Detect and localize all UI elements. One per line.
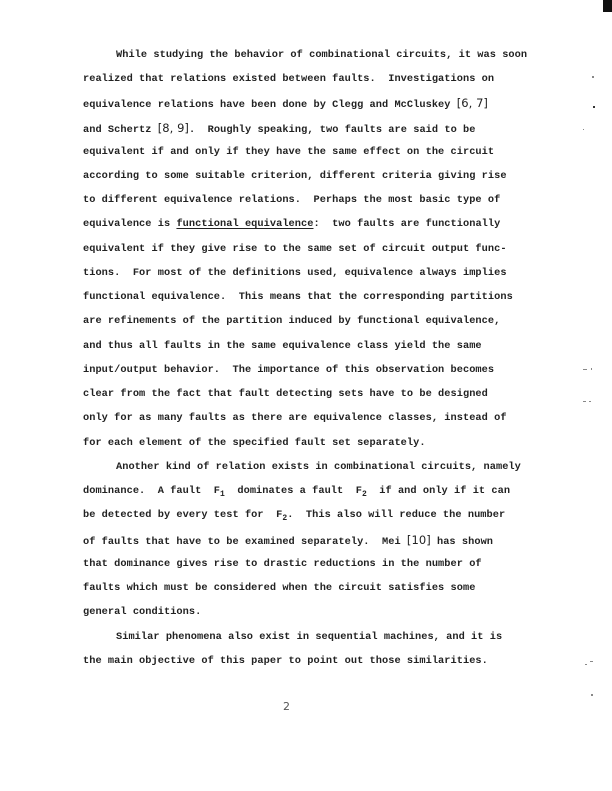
text-line: dominance. A fault F1 dominates a fault …	[83, 485, 510, 498]
scan-speck	[583, 369, 587, 370]
text-line: according to some suitable criterion, di…	[83, 170, 507, 182]
scan-speck	[590, 661, 593, 662]
text-line: and Schertz [8, 9]. Roughly speaking, tw…	[83, 122, 476, 136]
text-line: equivalence is functional equivalence: t…	[83, 218, 500, 230]
citation: [6, 7]	[457, 96, 488, 110]
page-number: 2	[283, 700, 290, 713]
text-line: be detected by every test for F2. This a…	[83, 509, 505, 522]
subscript: 2	[282, 514, 287, 523]
text-line: the main objective of this paper to poin…	[83, 655, 488, 667]
text-line: to different equivalence relations. Perh…	[83, 194, 500, 206]
scan-speck	[591, 694, 593, 696]
scan-speck	[592, 76, 594, 78]
text-line: equivalence relations have been done by …	[83, 97, 488, 111]
text-line: While studying the behavior of combinati…	[116, 49, 527, 61]
text-line: for each element of the specified fault …	[83, 437, 426, 449]
text-line: equivalent if they give rise to the same…	[83, 243, 507, 255]
scan-speck	[583, 129, 584, 130]
text-line: input/output behavior. The importance of…	[83, 364, 494, 376]
text-line: Similar phenomena also exist in sequenti…	[116, 631, 502, 643]
scan-speck	[591, 368, 592, 370]
scan-speck	[589, 401, 591, 402]
text-line: of faults that have to be examined separ…	[83, 534, 493, 548]
text-line: realized that relations existed between …	[83, 73, 494, 85]
text-line: are refinements of the partition induced…	[83, 315, 500, 327]
scan-speck	[583, 401, 586, 402]
text-line: that dominance gives rise to drastic red…	[83, 558, 482, 570]
text-line: tions. For most of the definitions used,…	[83, 267, 507, 279]
text-line: faults which must be considered when the…	[83, 582, 475, 594]
text-line: and thus all faults in the same equivale…	[83, 340, 482, 352]
text-line: Another kind of relation exists in combi…	[116, 461, 521, 473]
text-line: functional equivalence. This means that …	[83, 291, 513, 303]
text-line: only for as many faults as there are equ…	[83, 412, 507, 424]
scan-speck	[593, 106, 595, 108]
subscript: 2	[362, 490, 367, 499]
citation: [8, 9]	[158, 121, 189, 135]
emphasized-term: functional equivalence	[176, 218, 313, 230]
scan-speck	[585, 664, 587, 665]
text-line: equivalent if and only if they have the …	[83, 146, 494, 158]
citation: [10]	[407, 533, 431, 547]
text-line: clear from the fact that fault detecting…	[83, 388, 488, 400]
text-line: general conditions.	[83, 606, 201, 618]
scan-corner-mark	[603, 0, 612, 12]
subscript: 1	[220, 490, 225, 499]
